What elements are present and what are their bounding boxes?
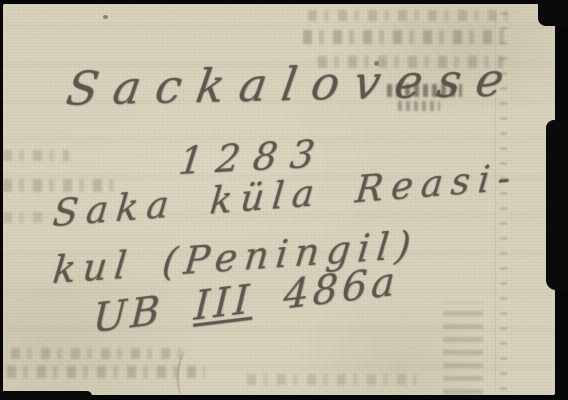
bleedthrough-text-bottom-row-1 (11, 348, 189, 359)
bleedthrough-text-bottom-row-3 (247, 374, 417, 385)
stray-pencil-mark (175, 349, 196, 396)
bleedthrough-text-top-row-2 (303, 30, 513, 44)
scan-edge-bottom-left (0, 391, 92, 400)
bleedthrough-text-left-row-3 (3, 212, 49, 223)
source-volume-underlined: III (193, 276, 254, 330)
card-scan: Sackalovese 1283 Saka küla Reasi- kul (P… (0, 0, 568, 400)
bleedthrough-text-left-row-1 (3, 150, 69, 161)
bleedthrough-column-glyphs (443, 302, 483, 394)
scan-edge-right (546, 120, 568, 290)
scan-edge-top-right (538, 0, 568, 26)
headword-place-name: Sackalovese (63, 52, 523, 116)
bleedthrough-text-bottom-row-2 (7, 366, 205, 378)
source-abbreviation: UB (92, 287, 165, 342)
index-card-paper: Sackalovese 1283 Saka küla Reasi- kul (P… (3, 4, 555, 395)
bleedthrough-text-top-row-1 (308, 10, 508, 21)
paper-speck-1 (103, 15, 108, 19)
